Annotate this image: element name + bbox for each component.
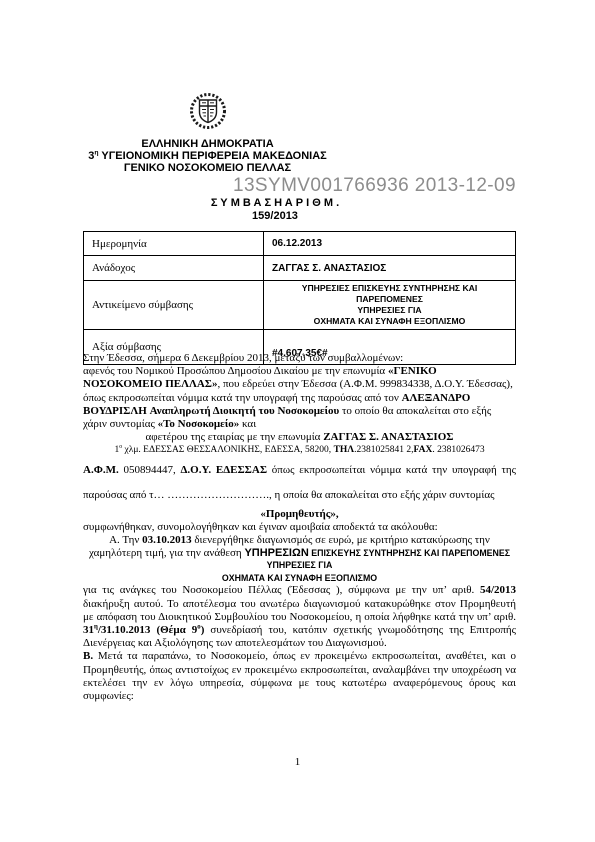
contract-number: 159/2013 <box>83 210 467 223</box>
table-row-contractor: Ανάδοχος ΖΑΓΓΑΣ Σ. ΑΝΑΣΤΑΣΙΟΣ <box>84 256 516 281</box>
contract-summary-table: Ημερομηνία 06.12.2013 Ανάδοχος ΖΑΓΓΑΣ Σ.… <box>83 231 516 365</box>
paragraph-section-a: Α. Την 03.10.2013 διενεργήθηκε διαγωνισμ… <box>83 534 516 584</box>
paragraph-award-details: για τις ανάγκες του Νοσοκομείου Πέλλας (… <box>83 584 516 650</box>
row-label-subject: Αντικείμενο σύμβασης <box>84 281 264 330</box>
contract-title: Σ Υ Μ Β Α Σ Η Α Ρ Ι Θ Μ . <box>83 197 467 210</box>
document-body: Στην Έδεσσα, σήμερα 6 Δεκεμβρίου 2013, μ… <box>83 352 516 703</box>
row-label-date: Ημερομηνία <box>84 232 264 256</box>
page-number: 1 <box>0 756 595 768</box>
paragraph-agreement-intro: συμφωνήθηκαν, συνομολογήθηκαν και έγιναν… <box>83 521 516 534</box>
paragraph-section-b: Β. Μετά τα παραπάνω, το Νοσοκομείο, όπως… <box>83 650 516 703</box>
row-label-contractor: Ανάδοχος <box>84 256 264 281</box>
line-contractor-address: 1ο χλμ. ΕΔΕΣΣΑΣ ΘΕΣΣΑΛΟΝΙΚΗΣ, ΕΔΕΣΣΑ, 58… <box>83 444 516 457</box>
header-hospital-line: ΓΕΝΙΚΟ ΝΟΣΟΚΟΜΕΙΟ ΠΕΛΛΑΣ <box>60 162 355 174</box>
document-page: ΕΛΛΗΝΙΚΗ ΔΗΜΟΚΡΑΤΙΑ 3η ΥΓΕΙΟΝΟΜΙΚΗ ΠΕΡΙΦ… <box>0 0 595 842</box>
header-republic-line: ΕΛΛΗΝΙΚΗ ΔΗΜΟΚΡΑΤΙΑ <box>60 138 355 150</box>
table-row-date: Ημερομηνία 06.12.2013 <box>84 232 516 256</box>
line-second-party: αφετέρου της εταιρίας με την επωνυμία ΖΑ… <box>83 431 516 444</box>
row-value-subject: ΥΠΗΡΕΣΙΕΣ ΕΠΙΣΚΕΥΗΣ ΣΥΝΤΗΡΗΣΗΣ ΚΑΙ ΠΑΡΕΠ… <box>264 281 516 330</box>
row-value-date: 06.12.2013 <box>264 232 516 256</box>
contract-title-block: Σ Υ Μ Β Α Σ Η Α Ρ Ι Θ Μ . 159/2013 <box>83 197 467 223</box>
paragraph-contractor-tax-details: Α.Φ.Μ. 050894447, Δ.Ο.Υ. ΕΔΕΣΣΑΣ όπως εκ… <box>83 458 516 508</box>
table-row-subject: Αντικείμενο σύμβασης ΥΠΗΡΕΣΙΕΣ ΕΠΙΣΚΕΥΗΣ… <box>84 281 516 330</box>
header-health-region-line: 3η ΥΓΕΙΟΝΟΜΙΚΗ ΠΕΡΙΦΕΡΕΙΑ ΜΑΚΕΔΟΝΙΑΣ <box>60 150 355 162</box>
document-header: ΕΛΛΗΝΙΚΗ ΔΗΜΟΚΡΑΤΙΑ 3η ΥΓΕΙΟΝΟΜΙΚΗ ΠΕΡΙΦ… <box>60 90 355 174</box>
greek-republic-emblem-icon <box>60 90 355 135</box>
row-value-contractor: ΖΑΓΓΑΣ Σ. ΑΝΑΣΤΑΣΙΟΣ <box>264 256 516 281</box>
ads-registry-stamp: 13SYMV001766936 2013-12-09 <box>233 175 516 197</box>
paragraph-intro: Στην Έδεσσα, σήμερα 6 Δεκεμβρίου 2013, μ… <box>83 352 516 365</box>
label-supplier-alias: «Προμηθευτής», <box>83 508 516 521</box>
paragraph-first-party: αφενός του Νομικού Προσώπου Δημοσίου Δικ… <box>83 365 516 431</box>
